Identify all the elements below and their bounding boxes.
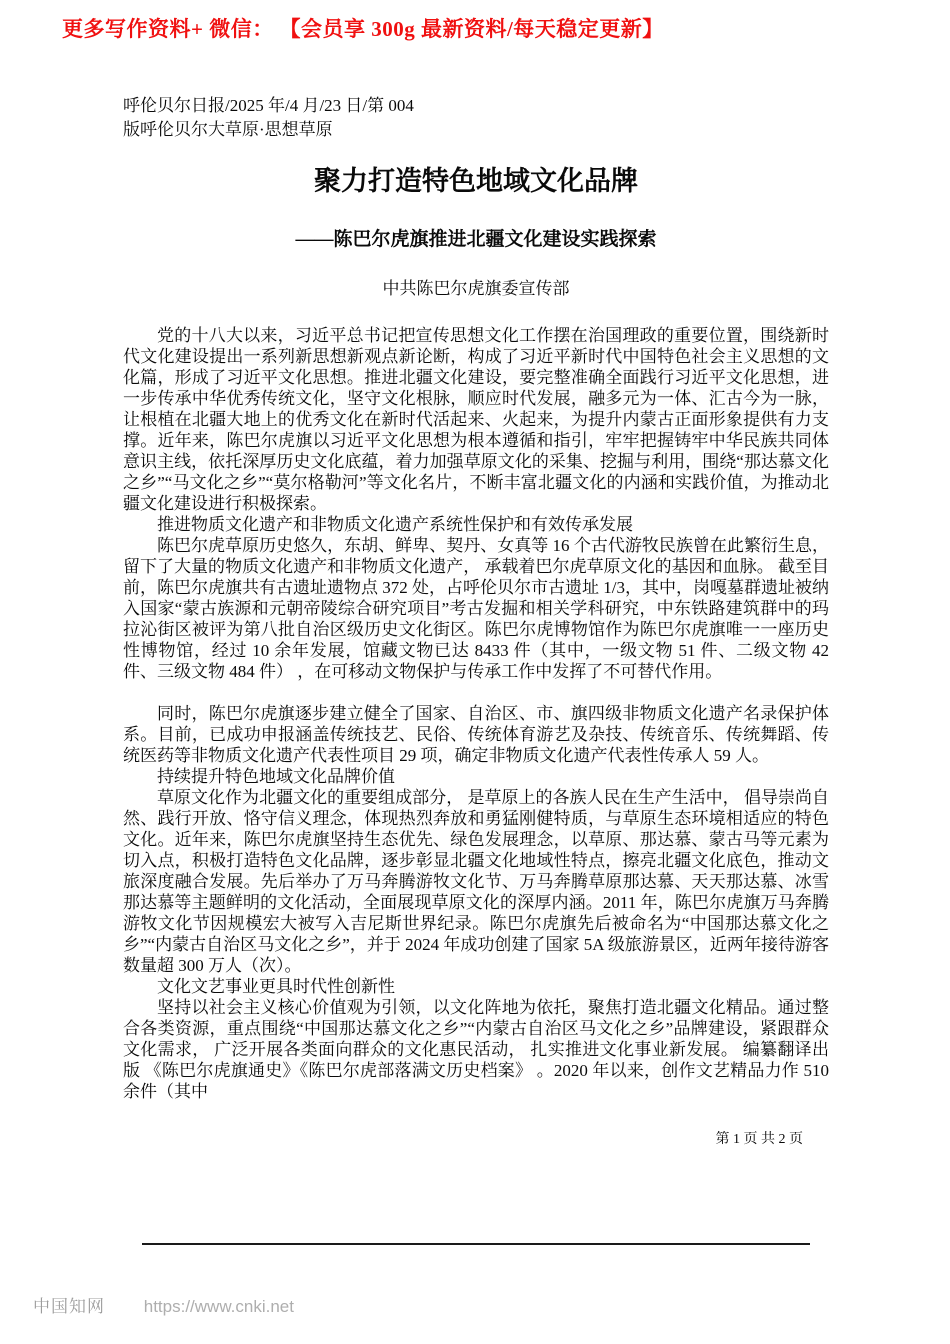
article-author: 中共陈巴尔虎旗委宣传部 [123, 279, 829, 299]
article-body: 党的十八大以来，习近平总书记把宣传思想文化工作摆在治国理政的重要位置，围绕新时代… [123, 325, 829, 1102]
page-number: 第 1 页 共 2 页 [123, 1128, 829, 1148]
page-content: 呼伦贝尔日报/2025 年/4 月/23 日/第 004 版呼伦贝尔大草原·思想… [123, 94, 829, 1148]
cnki-url[interactable]: https://www.cnki.net [144, 1297, 294, 1316]
source-line-2: 版呼伦贝尔大草原·思想草原 [123, 118, 829, 142]
paragraph: 同时，陈巴尔虎旗逐步建立健全了国家、自治区、市、旗四级非物质文化遗产名录保护体系… [123, 703, 829, 766]
section-heading: 文化文艺事业更具时代性创新性 [123, 976, 829, 997]
article-subtitle: ——陈巴尔虎旗推进北疆文化建设实践探索 [123, 228, 829, 252]
source-info: 呼伦贝尔日报/2025 年/4 月/23 日/第 004 版呼伦贝尔大草原·思想… [123, 94, 829, 142]
paragraph: 党的十八大以来，习近平总书记把宣传思想文化工作摆在治国理政的重要位置，围绕新时代… [123, 325, 829, 514]
section-heading: 推进物质文化遗产和非物质文化遗产系统性保护和有效传承发展 [123, 514, 829, 535]
watermark: 中国知网 https://www.cnki.net [33, 1292, 294, 1317]
section-heading: 持续提升特色地域文化品牌价值 [123, 766, 829, 787]
document-page: 更多写作资料+ 微信： 【会员享 300g 最新资料/每天稳定更新】 呼伦贝尔日… [0, 0, 950, 1344]
cnki-logo: 中国知网 [33, 1297, 105, 1316]
source-line-1: 呼伦贝尔日报/2025 年/4 月/23 日/第 004 [123, 94, 829, 118]
paragraph: 草原文化作为北疆文化的重要组成部分， 是草原上的各族人民在生产生活中， 倡导崇尚… [123, 787, 829, 976]
footer-divider [142, 1243, 810, 1245]
article-title: 聚力打造特色地域文化品牌 [123, 164, 829, 198]
paragraph: 坚持以社会主义核心价值观为引领，以文化阵地为依托，聚焦打造北疆文化精品。通过整合… [123, 997, 829, 1102]
paragraph: 陈巴尔虎草原历史悠久，东胡、鲜卑、契丹、女真等 16 个古代游牧民族曾在此繁衍生… [123, 535, 829, 682]
promo-banner: 更多写作资料+ 微信： 【会员享 300g 最新资料/每天稳定更新】 [62, 13, 664, 43]
